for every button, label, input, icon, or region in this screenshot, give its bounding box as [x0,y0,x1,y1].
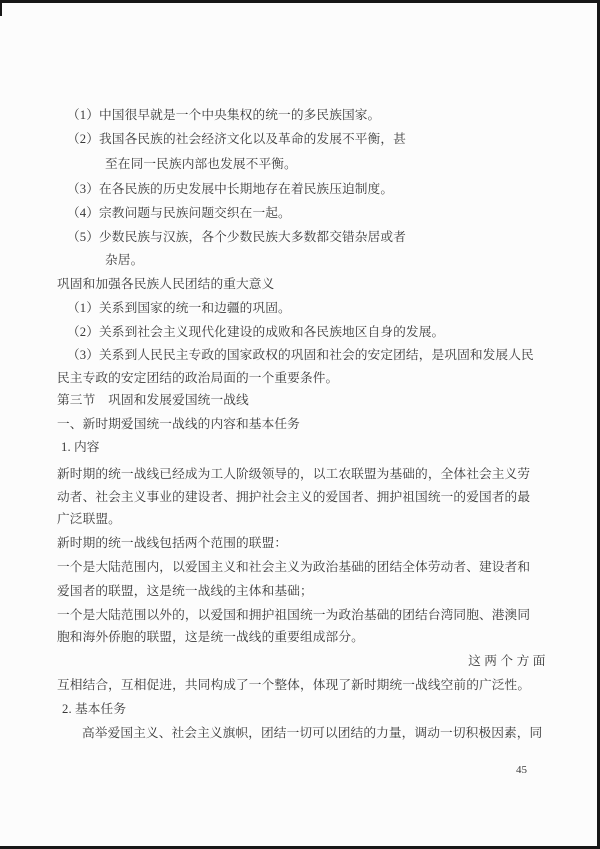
scan-edge-left [0,0,2,16]
list-item: （1）中国很早就是一个中央集权的统一的多民族国家。 [67,107,380,123]
orphan-line-right-aligned: 这两个方面 [468,653,549,669]
paragraph-line: 胞和海外侨胞的联盟，这是统一战线的重要组成部分。 [57,629,364,645]
paragraph-line: 爱国者的联盟，这是统一战线的主体和基础； [57,583,313,599]
list-item-wrap: 至在同一民族内部也发展不平衡。 [105,156,297,172]
paragraph-line: 新时期的统一战线已经成为工人阶级领导的，以工农联盟为基础的，全体社会主义劳 [57,466,530,482]
list-item: （3）在各民族的历史发展中长期地存在着民族压迫制度。 [67,181,393,197]
list-item: （4）宗教问题与民族问题交织在一起。 [67,205,291,221]
subsection-heading: 一、新时期爱国统一战线的内容和基本任务 [57,416,300,432]
list-item: （1）关系到国家的统一和边疆的巩固。 [67,300,291,316]
list-item: （5）少数民族与汉族，各个少数民族大多数都交错杂居或者 [67,229,406,245]
subsection-heading: 巩固和加强各民族人民团结的重大意义 [57,276,274,292]
paragraph-line: 高举爱国主义、社会主义旗帜，团结一切可以团结的力量，调动一切积极因素，同 [82,725,542,741]
list-item: （2）关系到社会主义现代化建设的成败和各民族地区自身的发展。 [67,324,444,340]
list-item: （3）关系到人民民主专政的国家政权的巩固和社会的安定团结，是巩固和发展人民 [67,347,534,363]
numbered-heading: 2. 基本任务 [62,701,126,717]
section-heading: 第三节 巩固和发展爱国统一战线 [57,392,249,408]
paragraph-line: 一个是大陆范围以外的，以爱国和拥护祖国统一为政治基础的团结台湾同胞、港澳同 [57,607,530,623]
page-number: 45 [516,764,527,776]
paragraph-line: 新时期的统一战线包括两个范围的联盟： [57,535,287,551]
numbered-heading: 1. 内容 [61,439,100,455]
paragraph-line: 一个是大陆范围内，以爱国主义和社会主义为政治基础的团结全体劳动者、建设者和 [57,559,530,575]
list-item: （2）我国各民族的社会经济文化以及革命的发展不平衡，甚 [67,131,406,147]
paragraph-line: 互相结合，互相促进，共同构成了一个整体，体现了新时期统一战线空前的广泛性。 [57,677,530,693]
paragraph-line: 民主专政的安定团结的政治局面的一个重要条件。 [57,370,338,386]
paragraph-line: 广泛联盟。 [57,511,121,527]
paragraph-line: 动者、社会主义事业的建设者、拥护社会主义的爱国者、拥护祖国统一的爱国者的最 [57,489,530,505]
scan-edge-top [0,0,600,3]
list-item-wrap: 杂居。 [105,252,143,268]
document-page: （1）中国很早就是一个中央集权的统一的多民族国家。 （2）我国各民族的社会经济文… [0,0,600,849]
